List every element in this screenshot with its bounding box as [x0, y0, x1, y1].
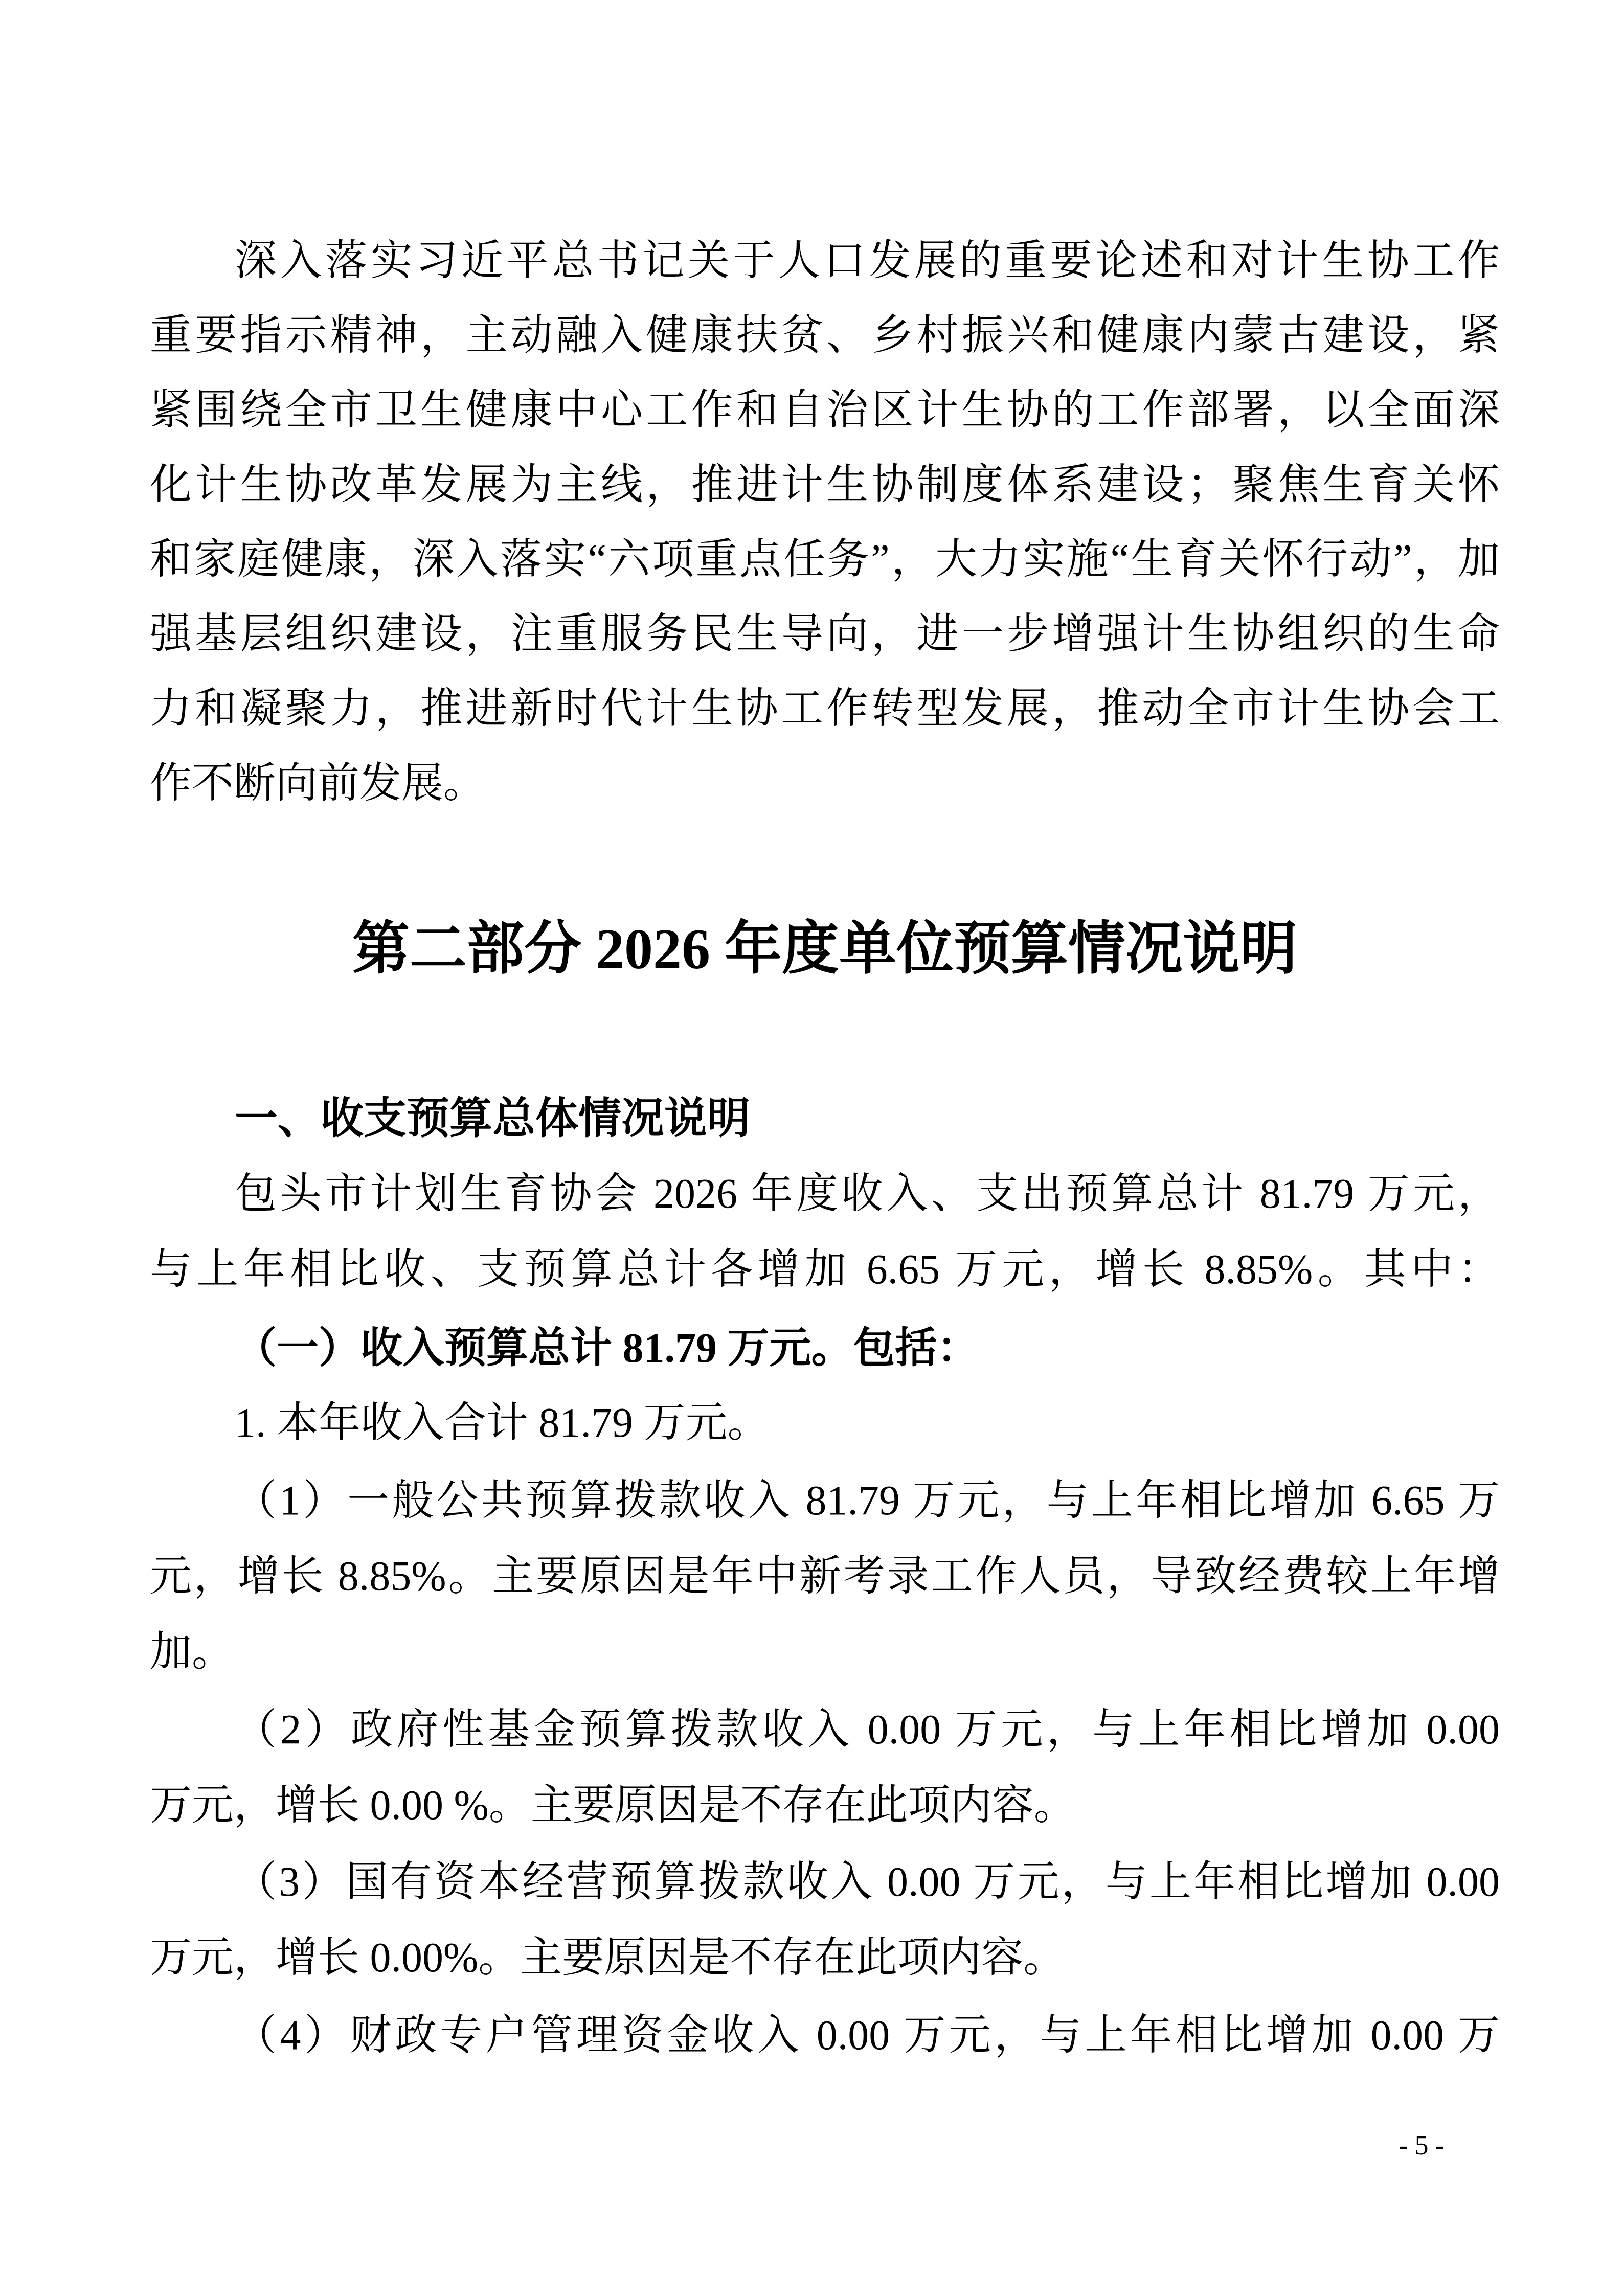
text-line: 强基层组织建设，注重服务民生导向，进一步增强计生协组织的生命	[150, 597, 1500, 671]
text-line: 1. 本年收入合计 81.79 万元。	[150, 1385, 1500, 1461]
text-line: 深入落实习近平总书记关于人口发展的重要论述和对计生协工作	[150, 223, 1500, 298]
text-line: 加。	[150, 1614, 1500, 1690]
text-line: 重要指示精神，主动融入健康扶贫、乡村振兴和健康内蒙古建设，紧	[150, 298, 1500, 373]
paragraph: 1. 本年收入合计 81.79 万元。	[150, 1385, 1500, 1461]
paragraph: （3）国有资本经营预算拨款收入 0.00 万元，与上年相比增加 0.00万元，增…	[150, 1844, 1500, 1995]
text-line: （3）国有资本经营预算拨款收入 0.00 万元，与上年相比增加 0.00	[150, 1844, 1500, 1920]
text-line: 包头市计划生育协会 2026 年度收入、支出预算总计 81.79 万元，	[150, 1156, 1500, 1232]
text-line: 化计生协改革发展为主线，推进计生协制度体系建设；聚焦生育关怀	[150, 447, 1500, 522]
page-footer: - 5 -	[150, 2127, 1500, 2164]
paragraph: （2）政府性基金预算拨款收入 0.00 万元，与上年相比增加 0.00万元，增长…	[150, 1692, 1500, 1843]
section-heading: 一、收支预算总体情况说明	[150, 1080, 1500, 1156]
text-line: （一）收入预算总计 81.79 万元。包括：	[150, 1310, 1500, 1386]
paragraph: （4）财政专户管理资金收入 0.00 万元，与上年相比增加 0.00 万	[150, 1997, 1500, 2073]
text-line: 力和凝聚力，推进新时代计生协工作转型发展，推动全市计生协会工	[150, 671, 1500, 746]
text-line: 万元，增长 0.00%。主要原因是不存在此项内容。	[150, 1920, 1500, 1995]
text-line: （1）一般公共预算拨款收入 81.79 万元，与上年相比增加 6.65 万	[150, 1463, 1500, 1538]
paragraph: （一）收入预算总计 81.79 万元。包括：	[150, 1310, 1500, 1386]
text-line: 第二部分 2026 年度单位预算情况说明	[150, 907, 1500, 992]
text-line: （2）政府性基金预算拨款收入 0.00 万元，与上年相比增加 0.00	[150, 1692, 1500, 1767]
paragraph: （1）一般公共预算拨款收入 81.79 万元，与上年相比增加 6.65 万元，增…	[150, 1463, 1500, 1690]
section-title: 第二部分 2026 年度单位预算情况说明	[150, 907, 1500, 992]
text-line: 元，增长 8.85%。主要原因是年中新考录工作人员，导致经费较上年增	[150, 1538, 1500, 1614]
document-page: 深入落实习近平总书记关于人口发展的重要论述和对计生协工作重要指示精神，主动融入健…	[0, 0, 1624, 2296]
text-line: 作不断向前发展。	[150, 746, 1500, 821]
paragraph: 包头市计划生育协会 2026 年度收入、支出预算总计 81.79 万元，与上年相…	[150, 1156, 1500, 1307]
paragraph: 深入落实习近平总书记关于人口发展的重要论述和对计生协工作重要指示精神，主动融入健…	[150, 223, 1500, 821]
page-number: - 5 -	[1399, 2130, 1445, 2161]
text-line: 紧围绕全市卫生健康中心工作和自治区计生协的工作部署，以全面深	[150, 373, 1500, 447]
text-line: 万元，增长 0.00 %。主要原因是不存在此项内容。	[150, 1767, 1500, 1843]
text-line: 一、收支预算总体情况说明	[150, 1080, 1500, 1156]
text-line: 和家庭健康，深入落实“六项重点任务”，大力实施“生育关怀行动”，加	[150, 522, 1500, 597]
text-line: 与上年相比收、支预算总计各增加 6.65 万元，增长 8.85%。其中：	[150, 1232, 1500, 1307]
text-line: （4）财政专户管理资金收入 0.00 万元，与上年相比增加 0.00 万	[150, 1997, 1500, 2073]
